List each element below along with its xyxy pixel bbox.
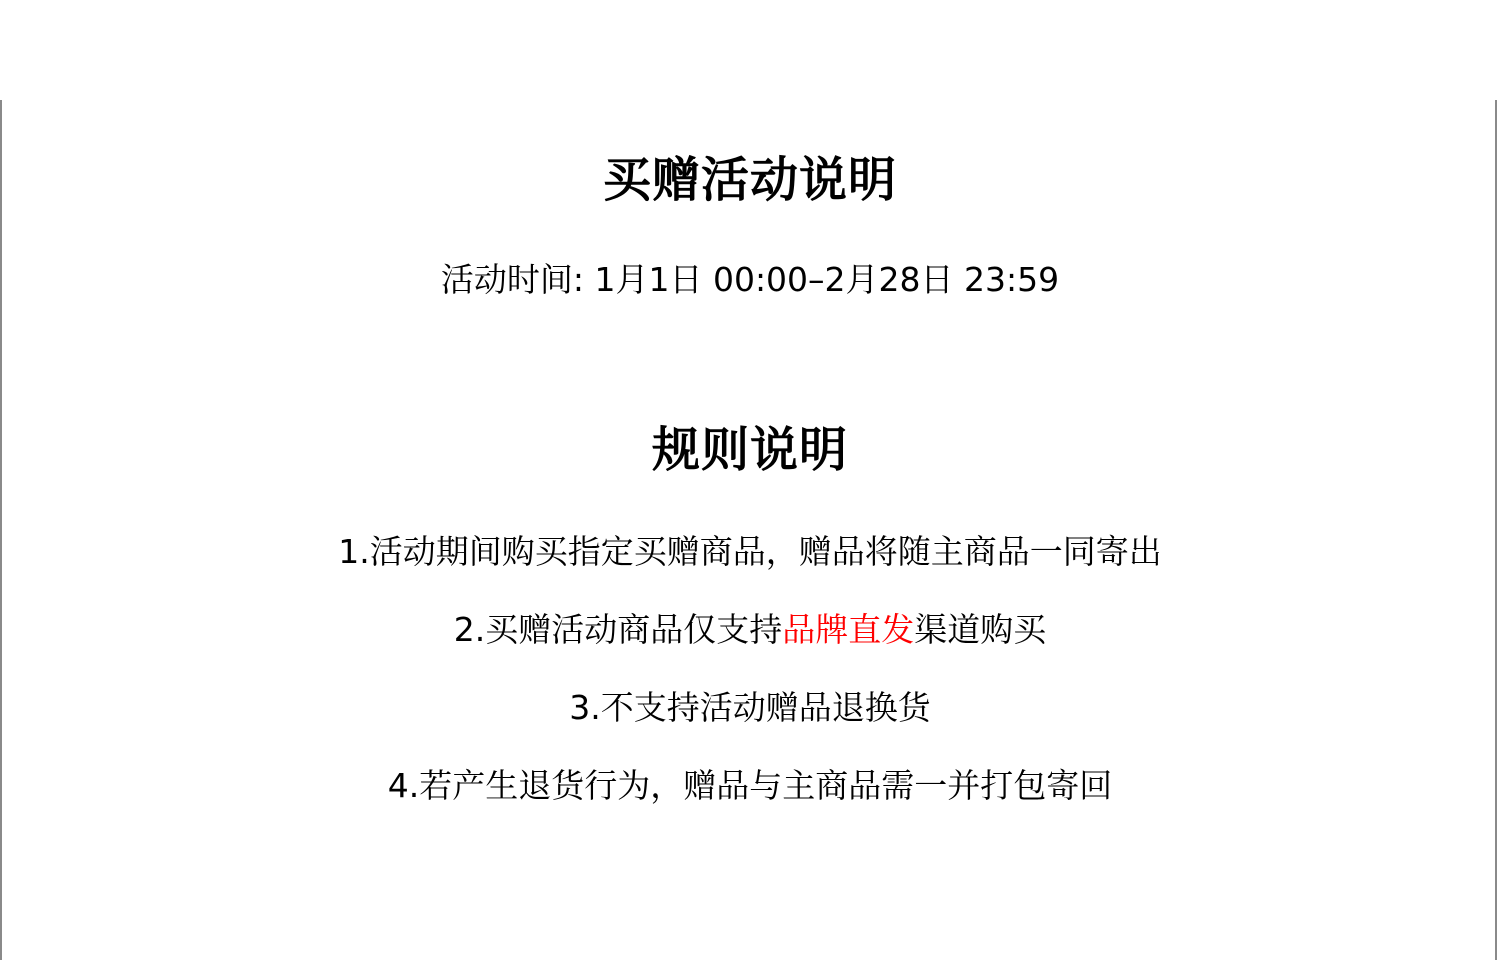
rules-title: 规则说明 (0, 420, 1500, 480)
rule-item-1: 1.活动期间购买指定买赠商品，赠品将随主商品一同寄出 (0, 530, 1500, 574)
rule-item-2-highlight: 品牌直发 (782, 610, 914, 649)
rule-item-2-suffix: 渠道购买 (914, 610, 1046, 649)
activity-title: 买赠活动说明 (0, 150, 1500, 210)
rule-item-2-prefix: 2.买赠活动商品仅支持 (454, 610, 783, 649)
rule-item-2: 2.买赠活动商品仅支持品牌直发渠道购买 (0, 608, 1500, 652)
rule-item-3: 3.不支持活动赠品退换货 (0, 686, 1500, 730)
activity-time: 活动时间: 1月1日 00:00–2月28日 23:59 (0, 258, 1500, 302)
rule-item-4: 4.若产生退货行为，赠品与主商品需一并打包寄回 (0, 764, 1500, 808)
